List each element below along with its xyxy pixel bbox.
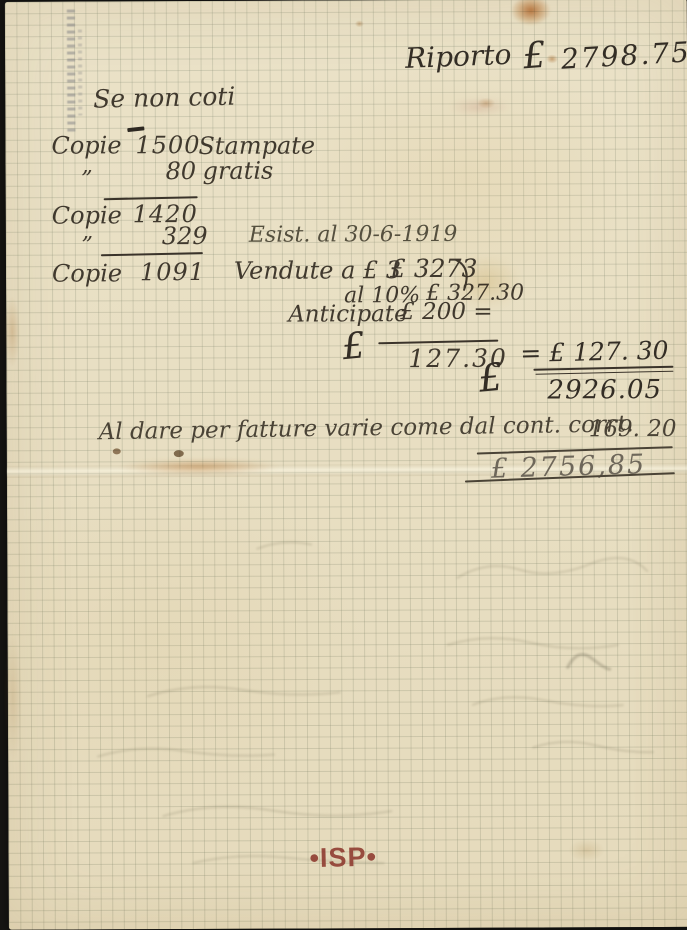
bleedthrough-stamp: [67, 10, 76, 134]
crease-speck-b: [174, 450, 184, 457]
row-sold-qty: 1091: [140, 258, 205, 286]
isp-stamp: •ISP•: [309, 842, 377, 874]
row-existing-note: Esist. al 30-6-1919: [249, 222, 458, 248]
bottom-right-stain: [568, 839, 604, 861]
left-edge-stain-lower: [4, 632, 23, 762]
row-gratis-ditto: „: [81, 153, 93, 178]
crease-rust-smear: [119, 459, 279, 476]
riporto-lira-sign: £: [522, 35, 548, 78]
red-smudge-bleed: [448, 98, 510, 116]
deduction-amount: 169. 20: [589, 416, 677, 442]
row-gratis-note: gratis: [202, 157, 273, 185]
row-printed-qty: 1500: [135, 131, 200, 159]
heading-note: Se non coti: [93, 82, 236, 114]
crease-speck-a: [113, 448, 121, 454]
row-advance-amount: £ 200 =: [400, 299, 493, 325]
row-existing-ditto: „: [82, 219, 94, 244]
total-amount: 2926.05: [547, 375, 662, 405]
row-sold-note: Vendute a £ 3: [234, 256, 401, 285]
subtotal-carried: = £ 127. 30: [520, 336, 669, 368]
row-existing-qty: 329: [162, 222, 208, 250]
deduction-note: Al dare per fatture varie come dal cont.…: [99, 411, 634, 445]
bleedthrough-stamp-2: [78, 29, 82, 115]
riporto-amount: 2798.75: [560, 35, 687, 75]
sum-line-2: [101, 252, 203, 256]
left-edge-stain: [4, 297, 20, 367]
subtotal-lira-sign: £: [340, 325, 367, 368]
squared-paper-sheet: Riporto £ 2798.75 Se non coti Copie 1500…: [5, 0, 687, 930]
total-lira-sign: £: [476, 355, 504, 401]
rust-stain-top-right: [511, 0, 551, 26]
rust-speck-2: [477, 98, 495, 109]
row-advance-note: Anticipate: [288, 301, 408, 328]
rust-speck-1: [546, 54, 558, 63]
riporto-label: Riporto: [404, 38, 512, 75]
row-gratis-qty: 80: [165, 157, 196, 185]
row-printed-note: Stampate: [198, 131, 315, 160]
row-sold-item: Copie: [52, 259, 122, 287]
rust-speck-3: [355, 20, 364, 27]
